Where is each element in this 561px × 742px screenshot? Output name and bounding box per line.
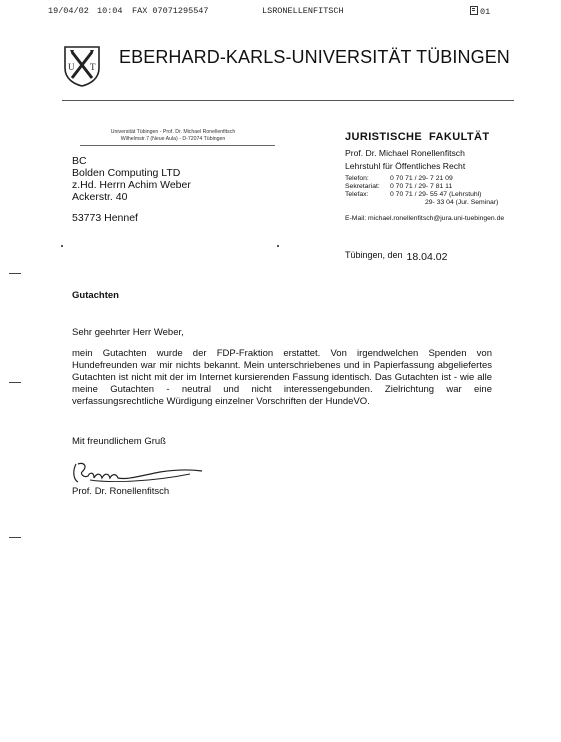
letter-closing: Mit freundlichem Gruß — [72, 436, 166, 447]
fax-transmission-header: 19/04/02 10:04 FAX 07071295547 LSRONELLE… — [0, 6, 561, 20]
return-address-line-2: Wilhelmstr.7 (Neue Aula) - D-72074 Tübin… — [93, 136, 253, 143]
return-address-divider — [80, 145, 275, 146]
fold-mark — [61, 245, 63, 247]
faculty-email: E-Mail: michael.ronellenfitsch@jura.uni-… — [345, 215, 504, 222]
fold-mark — [277, 245, 279, 247]
letter-subject: Gutachten — [72, 290, 119, 301]
fax-date: 19/04/02 — [48, 6, 89, 16]
page-icon — [470, 6, 478, 15]
recipient-line: Ackerstr. 40 — [72, 191, 191, 203]
letterhead-divider — [62, 100, 514, 101]
contact-phone: Telefon: 0 70 71 / 29- 7 21 09 — [345, 175, 504, 183]
fax-time: 10:04 — [97, 6, 123, 16]
recipient-line: z.Hd. Herrn Achim Weber — [72, 179, 191, 191]
contact-list: Telefon: 0 70 71 / 29- 7 21 09 Sekretari… — [345, 175, 504, 207]
signature-icon — [70, 460, 210, 486]
university-name: EBERHARD-KARLS-UNIVERSITÄT TÜBINGEN — [119, 47, 510, 68]
contact-secretariat: Sekretariat: 0 70 71 / 29- 7 81 11 — [345, 183, 504, 191]
contact-fax: Telefax: 0 70 71 / 29- 55 47 (Lehrstuhl) — [345, 191, 504, 199]
recipient-address: BC Bolden Computing LTD z.Hd. Herrn Achi… — [72, 155, 191, 224]
margin-punch-mark — [9, 382, 21, 383]
faculty-professor: Prof. Dr. Michael Ronellenfitsch — [345, 148, 504, 158]
crest-letter-u: U — [68, 62, 75, 72]
fax-sender-id: LSRONELLENFITSCH — [262, 6, 344, 16]
contact-fax-seminar: 29- 33 04 (Jur. Seminar) — [345, 199, 504, 207]
place: Tübingen, den — [345, 250, 403, 260]
fax-number: FAX 07071295547 — [132, 6, 209, 16]
signer-name: Prof. Dr. Ronellenfitsch — [72, 486, 169, 497]
letter-salutation: Sehr geehrter Herr Weber, — [72, 327, 184, 338]
university-crest-icon: U T — [62, 44, 102, 88]
recipient-city: 53773 Hennef — [72, 212, 191, 224]
letter-body: mein Gutachten wurde der FDP-Fraktion er… — [72, 348, 492, 408]
fax-page: 01 — [470, 6, 490, 17]
faculty-name: JURISTISCHE FAKULTÄT — [345, 131, 504, 143]
margin-punch-mark — [9, 273, 21, 274]
fax-page-number: 01 — [480, 7, 490, 17]
return-address: Universität Tübingen - Prof. Dr. Michael… — [93, 129, 253, 142]
recipient-line: BC — [72, 155, 191, 167]
margin-punch-mark — [9, 537, 21, 538]
faculty-chair: Lehrstuhl für Öffentliches Recht — [345, 161, 504, 171]
crest-letter-t: T — [90, 62, 96, 72]
recipient-line: Bolden Computing LTD — [72, 167, 191, 179]
return-address-line-1: Universität Tübingen - Prof. Dr. Michael… — [93, 129, 253, 136]
faculty-block: JURISTISCHE FAKULTÄT Prof. Dr. Michael R… — [345, 131, 504, 222]
place-date: Tübingen, den18.04.02 — [345, 249, 447, 261]
letter-date: 18.04.02 — [407, 251, 448, 263]
